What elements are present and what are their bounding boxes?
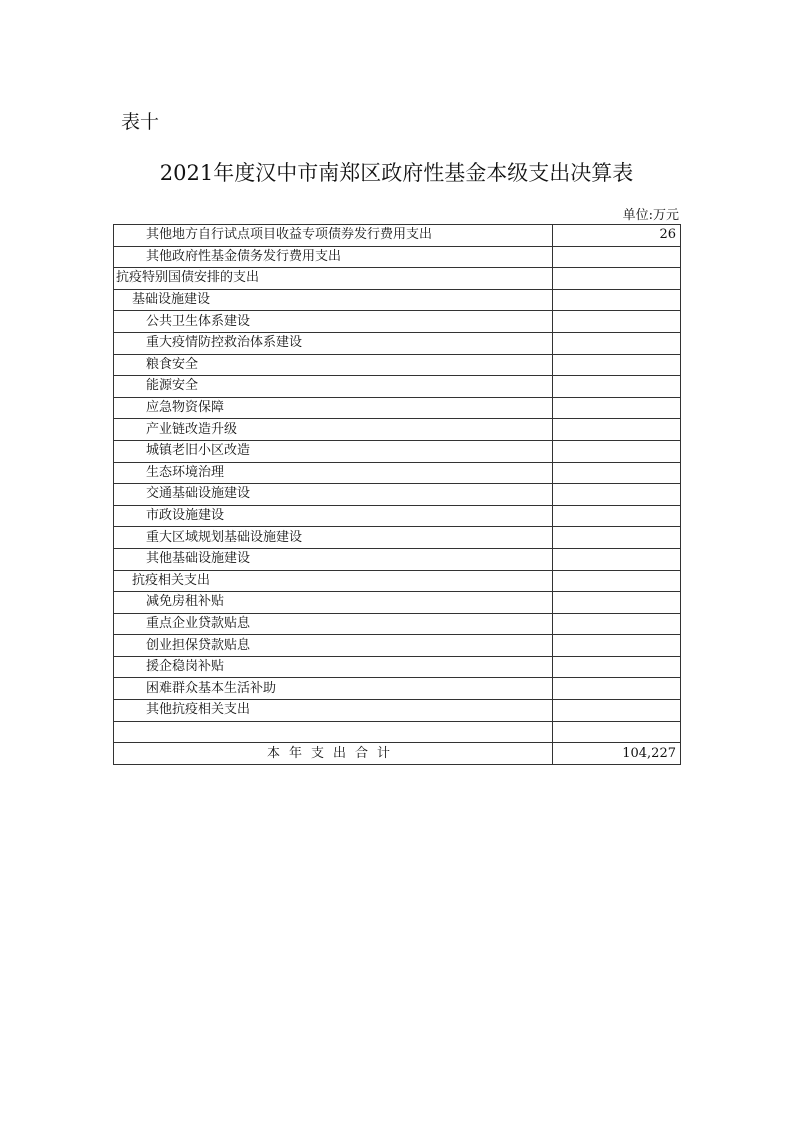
table-row: 创业担保贷款贴息 (114, 635, 681, 657)
row-item-value (553, 268, 681, 290)
row-item-name: 抗疫特别国债安排的支出 (114, 268, 553, 290)
row-item-value (553, 440, 681, 462)
row-item-value (553, 592, 681, 614)
unit-label: 单位:万元 (623, 204, 679, 223)
row-item-value (553, 635, 681, 657)
row-item-name: 减免房租补贴 (114, 592, 553, 614)
row-item-name (114, 721, 553, 743)
row-item-value (553, 397, 681, 419)
row-item-value (553, 419, 681, 441)
row-item-value (553, 246, 681, 268)
table-row: 能源安全 (114, 376, 681, 398)
table-row: 援企稳岗补贴 (114, 656, 681, 678)
table-row: 其他地方自行试点项目收益专项债券发行费用支出26 (114, 225, 681, 247)
row-item-value (553, 527, 681, 549)
row-item-name: 市政设施建设 (114, 505, 553, 527)
table-row: 减免房租补贴 (114, 592, 681, 614)
row-item-value (553, 548, 681, 570)
row-item-value (553, 721, 681, 743)
table-row: 抗疫特别国债安排的支出 (114, 268, 681, 290)
row-item-name: 能源安全 (114, 376, 553, 398)
table-row: 重大区域规划基础设施建设 (114, 527, 681, 549)
table-row: 抗疫相关支出 (114, 570, 681, 592)
row-item-name: 应急物资保障 (114, 397, 553, 419)
table-row: 其他抗疫相关支出 (114, 700, 681, 722)
row-item-name: 其他抗疫相关支出 (114, 700, 553, 722)
row-item-name: 粮食安全 (114, 354, 553, 376)
row-item-name: 困难群众基本生活补助 (114, 678, 553, 700)
row-item-value (553, 570, 681, 592)
table-row: 应急物资保障 (114, 397, 681, 419)
row-item-name: 其他基础设施建设 (114, 548, 553, 570)
table-row: 产业链改造升级 (114, 419, 681, 441)
row-item-value (553, 505, 681, 527)
table-row (114, 721, 681, 743)
row-item-name: 其他政府性基金债务发行费用支出 (114, 246, 553, 268)
table-row: 交通基础设施建设 (114, 484, 681, 506)
table-row: 重大疫情防控救治体系建设 (114, 332, 681, 354)
row-item-name: 抗疫相关支出 (114, 570, 553, 592)
row-item-value (553, 484, 681, 506)
row-item-value (553, 311, 681, 333)
row-item-value (553, 678, 681, 700)
row-item-name: 创业担保贷款贴息 (114, 635, 553, 657)
row-item-name: 其他地方自行试点项目收益专项债券发行费用支出 (114, 225, 553, 247)
table-row: 生态环境治理 (114, 462, 681, 484)
row-item-name: 生态环境治理 (114, 462, 553, 484)
row-item-name: 基础设施建设 (114, 289, 553, 311)
row-item-value (553, 656, 681, 678)
table-row: 公共卫生体系建设 (114, 311, 681, 333)
row-item-name: 重大疫情防控救治体系建设 (114, 332, 553, 354)
table-row: 困难群众基本生活补助 (114, 678, 681, 700)
row-item-value (553, 289, 681, 311)
table-row: 粮食安全 (114, 354, 681, 376)
total-row: 本年支出合计 104,227 (114, 743, 681, 765)
row-item-value (553, 613, 681, 635)
table-row: 城镇老旧小区改造 (114, 440, 681, 462)
row-item-value (553, 376, 681, 398)
row-item-value (553, 354, 681, 376)
row-item-value (553, 462, 681, 484)
table-number-label: 表十 (121, 107, 159, 134)
row-item-name: 公共卫生体系建设 (114, 311, 553, 333)
row-item-value: 26 (553, 225, 681, 247)
table-row: 其他政府性基金债务发行费用支出 (114, 246, 681, 268)
table-row: 其他基础设施建设 (114, 548, 681, 570)
row-item-name: 交通基础设施建设 (114, 484, 553, 506)
row-item-name: 产业链改造升级 (114, 419, 553, 441)
table-row: 市政设施建设 (114, 505, 681, 527)
row-item-value (553, 332, 681, 354)
total-value: 104,227 (553, 743, 681, 765)
expenditure-table: 其他地方自行试点项目收益专项债券发行费用支出26其他政府性基金债务发行费用支出抗… (113, 224, 681, 765)
page-title: 2021年度汉中市南郑区政府性基金本级支出决算表 (0, 157, 793, 187)
row-item-value (553, 700, 681, 722)
table-row: 重点企业贷款贴息 (114, 613, 681, 635)
row-item-name: 重大区域规划基础设施建设 (114, 527, 553, 549)
row-item-name: 重点企业贷款贴息 (114, 613, 553, 635)
table-row: 基础设施建设 (114, 289, 681, 311)
total-label: 本年支出合计 (114, 743, 553, 765)
row-item-name: 援企稳岗补贴 (114, 656, 553, 678)
row-item-name: 城镇老旧小区改造 (114, 440, 553, 462)
